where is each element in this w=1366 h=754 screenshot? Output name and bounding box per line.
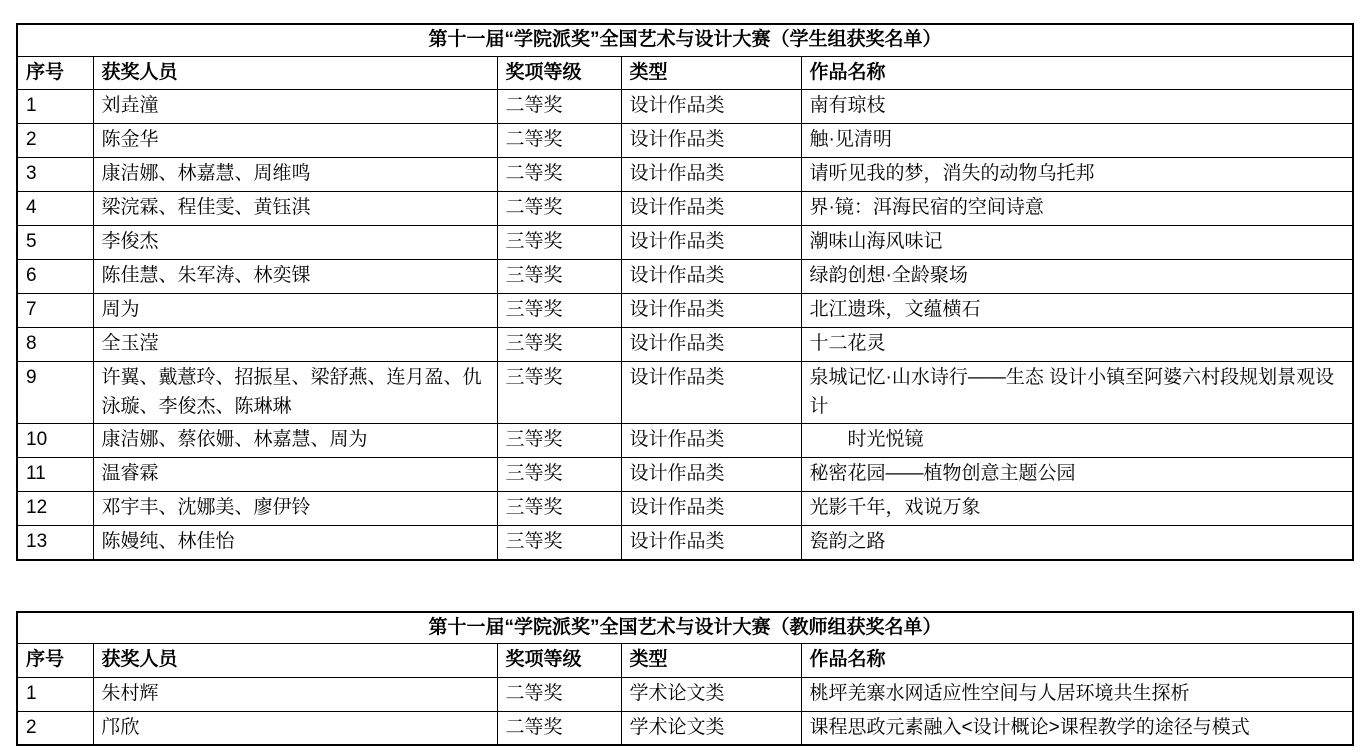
cell-index: 2 (17, 711, 93, 745)
cell-category: 设计作品类 (621, 124, 801, 158)
cell-category: 设计作品类 (621, 90, 801, 124)
cell-work-title: 时光悦镜 (801, 424, 1353, 458)
table-row: 1朱村辉二等奖学术论文类桃坪羌寨水网适应性空间与人居环境共生探析 (17, 677, 1353, 711)
table-row: 6陈佳慧、朱军涛、林奕锞三等奖设计作品类绿韵创想·全龄聚场 (17, 260, 1353, 294)
table-row: 13陈嫚纯、林佳怡三等奖设计作品类瓷韵之路 (17, 526, 1353, 560)
student-table-title-row: 第十一届“学院派奖”全国艺术与设计大赛（学生组获奖名单） (17, 24, 1353, 56)
cell-work-title: 界·镜：洱海民宿的空间诗意 (801, 192, 1353, 226)
cell-award-level: 二等奖 (497, 192, 621, 226)
table-row: 5李俊杰三等奖设计作品类潮味山海风味记 (17, 226, 1353, 260)
student-awards-table: 第十一届“学院派奖”全国艺术与设计大赛（学生组获奖名单） 序号 获奖人员 奖项等… (16, 23, 1354, 561)
cell-award-level: 二等奖 (497, 90, 621, 124)
table-row: 8全玉滢三等奖设计作品类十二花灵 (17, 328, 1353, 362)
cell-index: 5 (17, 226, 93, 260)
cell-index: 8 (17, 328, 93, 362)
header-winners: 获奖人员 (93, 56, 497, 90)
cell-winners: 邓宇丰、沈娜美、廖伊铃 (93, 492, 497, 526)
cell-work-title: 桃坪羌寨水网适应性空间与人居环境共生探析 (801, 677, 1353, 711)
cell-category: 设计作品类 (621, 424, 801, 458)
cell-award-level: 三等奖 (497, 526, 621, 560)
table-row: 7周为三等奖设计作品类北江遗珠，文蕴横石 (17, 294, 1353, 328)
student-table-title: 第十一届“学院派奖”全国艺术与设计大赛（学生组获奖名单） (17, 24, 1353, 56)
cell-category: 学术论文类 (621, 677, 801, 711)
cell-index: 4 (17, 192, 93, 226)
cell-work-title: 光影千年，戏说万象 (801, 492, 1353, 526)
cell-category: 设计作品类 (621, 192, 801, 226)
header-winners: 获奖人员 (93, 644, 497, 678)
table-row: 11温睿霖三等奖设计作品类秘密花园——植物创意主题公园 (17, 458, 1353, 492)
cell-award-level: 二等奖 (497, 711, 621, 745)
cell-category: 设计作品类 (621, 492, 801, 526)
teacher-table-title: 第十一届“学院派奖”全国艺术与设计大赛（教师组获奖名单） (17, 612, 1353, 644)
cell-winners: 邝欣 (93, 711, 497, 745)
header-award-level: 奖项等级 (497, 644, 621, 678)
teacher-table-title-row: 第十一届“学院派奖”全国艺术与设计大赛（教师组获奖名单） (17, 612, 1353, 644)
cell-winners: 康洁娜、林嘉慧、周维鸣 (93, 158, 497, 192)
header-category: 类型 (621, 56, 801, 90)
table-row: 9许翼、戴薏玲、招振星、梁舒燕、连月盈、仇泳璇、李俊杰、陈琳琳三等奖设计作品类泉… (17, 362, 1353, 424)
header-category: 类型 (621, 644, 801, 678)
header-index: 序号 (17, 644, 93, 678)
table-row: 4梁浣霖、程佳雯、黄钰淇二等奖设计作品类界·镜：洱海民宿的空间诗意 (17, 192, 1353, 226)
cell-category: 学术论文类 (621, 711, 801, 745)
table-row: 12邓宇丰、沈娜美、廖伊铃三等奖设计作品类光影千年，戏说万象 (17, 492, 1353, 526)
cell-index: 9 (17, 362, 93, 424)
cell-work-title: 北江遗珠，文蕴横石 (801, 294, 1353, 328)
cell-work-title: 潮味山海风味记 (801, 226, 1353, 260)
cell-category: 设计作品类 (621, 226, 801, 260)
cell-work-title: 秘密花园——植物创意主题公园 (801, 458, 1353, 492)
cell-winners: 全玉滢 (93, 328, 497, 362)
cell-index: 10 (17, 424, 93, 458)
cell-category: 设计作品类 (621, 294, 801, 328)
cell-winners: 陈金华 (93, 124, 497, 158)
cell-index: 7 (17, 294, 93, 328)
cell-index: 11 (17, 458, 93, 492)
cell-winners: 周为 (93, 294, 497, 328)
cell-award-level: 三等奖 (497, 260, 621, 294)
cell-category: 设计作品类 (621, 158, 801, 192)
cell-category: 设计作品类 (621, 362, 801, 424)
cell-winners: 朱村辉 (93, 677, 497, 711)
cell-work-title: 绿韵创想·全龄聚场 (801, 260, 1353, 294)
cell-index: 6 (17, 260, 93, 294)
header-index: 序号 (17, 56, 93, 90)
cell-work-title: 泉城记忆·山水诗行——生态 设计小镇至阿婆六村段规划景观设计 (801, 362, 1353, 424)
cell-work-title: 触·见清明 (801, 124, 1353, 158)
cell-award-level: 三等奖 (497, 294, 621, 328)
cell-work-title: 课程思政元素融入<设计概论>课程教学的途径与模式 (801, 711, 1353, 745)
cell-award-level: 三等奖 (497, 328, 621, 362)
teacher-awards-table: 第十一届“学院派奖”全国艺术与设计大赛（教师组获奖名单） 序号 获奖人员 奖项等… (16, 611, 1354, 747)
table-row: 10康洁娜、蔡依姗、林嘉慧、周为三等奖设计作品类 时光悦镜 (17, 424, 1353, 458)
cell-award-level: 二等奖 (497, 677, 621, 711)
table-row: 3康洁娜、林嘉慧、周维鸣二等奖设计作品类请听见我的梦，消失的动物乌托邦 (17, 158, 1353, 192)
cell-winners: 刘垚潼 (93, 90, 497, 124)
table-row: 1刘垚潼二等奖设计作品类南有琼枝 (17, 90, 1353, 124)
header-award-level: 奖项等级 (497, 56, 621, 90)
cell-award-level: 三等奖 (497, 226, 621, 260)
cell-award-level: 三等奖 (497, 424, 621, 458)
cell-award-level: 三等奖 (497, 458, 621, 492)
student-table-header-row: 序号 获奖人员 奖项等级 类型 作品名称 (17, 56, 1353, 90)
header-work-title: 作品名称 (801, 56, 1353, 90)
cell-category: 设计作品类 (621, 458, 801, 492)
cell-award-level: 二等奖 (497, 158, 621, 192)
cell-category: 设计作品类 (621, 526, 801, 560)
cell-work-title: 十二花灵 (801, 328, 1353, 362)
cell-winners: 梁浣霖、程佳雯、黄钰淇 (93, 192, 497, 226)
cell-index: 12 (17, 492, 93, 526)
cell-winners: 李俊杰 (93, 226, 497, 260)
cell-index: 13 (17, 526, 93, 560)
teacher-table-header-row: 序号 获奖人员 奖项等级 类型 作品名称 (17, 644, 1353, 678)
cell-winners: 康洁娜、蔡依姗、林嘉慧、周为 (93, 424, 497, 458)
cell-index: 2 (17, 124, 93, 158)
cell-work-title: 南有琼枝 (801, 90, 1353, 124)
cell-winners: 许翼、戴薏玲、招振星、梁舒燕、连月盈、仇泳璇、李俊杰、陈琳琳 (93, 362, 497, 424)
cell-index: 3 (17, 158, 93, 192)
cell-category: 设计作品类 (621, 328, 801, 362)
cell-winners: 陈佳慧、朱军涛、林奕锞 (93, 260, 497, 294)
cell-index: 1 (17, 90, 93, 124)
cell-winners: 温睿霖 (93, 458, 497, 492)
table-row: 2陈金华二等奖设计作品类触·见清明 (17, 124, 1353, 158)
cell-index: 1 (17, 677, 93, 711)
cell-work-title: 请听见我的梦，消失的动物乌托邦 (801, 158, 1353, 192)
cell-work-title: 瓷韵之路 (801, 526, 1353, 560)
cell-award-level: 三等奖 (497, 362, 621, 424)
cell-category: 设计作品类 (621, 260, 801, 294)
table-row: 2邝欣二等奖学术论文类课程思政元素融入<设计概论>课程教学的途径与模式 (17, 711, 1353, 745)
header-work-title: 作品名称 (801, 644, 1353, 678)
cell-award-level: 二等奖 (497, 124, 621, 158)
cell-award-level: 三等奖 (497, 492, 621, 526)
document-page: 第十一届“学院派奖”全国艺术与设计大赛（学生组获奖名单） 序号 获奖人员 奖项等… (0, 0, 1366, 746)
cell-winners: 陈嫚纯、林佳怡 (93, 526, 497, 560)
